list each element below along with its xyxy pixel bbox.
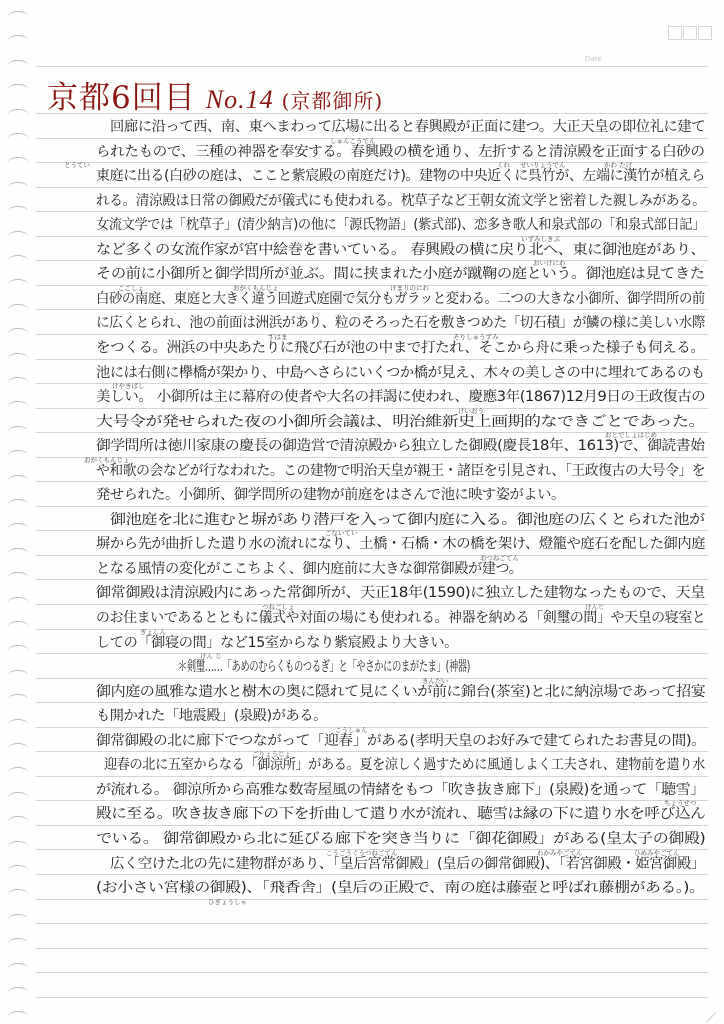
ruled-line xyxy=(36,506,708,507)
text-line: 御池庭を北に進むと塀があり潜戸を入って御内庭に入る。御池庭の広くとられた池が xyxy=(110,511,705,529)
text-line: 大号令が発せられた夜の小御所会議は、明治維新史上画期的なできごとであった。 xyxy=(96,413,705,431)
binder-hole xyxy=(8,841,28,852)
date-box xyxy=(683,26,697,40)
furigana: おがくもんじょ xyxy=(233,283,279,292)
text-line: 女流文学では「枕草子」(清少納言)の他に「源氏物語」(紫式部)、恋多き歌人和泉式… xyxy=(96,216,705,234)
binder-hole xyxy=(8,255,28,266)
binder-hole xyxy=(8,645,28,656)
binder-hole xyxy=(8,1011,28,1022)
page-corner-mark xyxy=(706,1012,717,1023)
ruled-line xyxy=(36,702,708,703)
text-line: でいる。 御常御殿から北に延びる廊下を突き当りに「御花御殿」がある(皇太子の御殿… xyxy=(96,830,705,848)
text-line: や和歌の会などが行なわれた。この建物で明治天皇が親王・諸臣を引見され、「王政復古… xyxy=(96,462,705,480)
text-line: (お小さい宮様の御殿)、「飛香舎」(皇后の正殿で、南の庭は藤壺と呼ばれ藤棚がある… xyxy=(96,879,704,897)
binder-hole xyxy=(8,938,28,949)
text-line: 池には右側に欅橋が架かり、中島へさらにいくつか橋が見え、木々の美しさの中に埋れて… xyxy=(96,364,705,382)
ruled-line xyxy=(36,629,708,630)
ruled-line xyxy=(36,604,708,605)
text-line: に広くとられ、池の前面は洲浜があり、粒のそろった石を敷きつめた「切石積」が鱗の様… xyxy=(96,314,705,332)
binder-hole xyxy=(8,670,28,681)
furigana: つねごしょ xyxy=(262,602,295,611)
binder-hole xyxy=(8,60,28,71)
furigana: ちょうせつ xyxy=(664,798,697,807)
binder-hole xyxy=(8,426,28,437)
furigana: そりしゅうずみ xyxy=(453,332,499,341)
ruled-line xyxy=(36,211,708,212)
furigana: ひめみやごてん xyxy=(634,848,680,857)
furigana: とうてい xyxy=(64,160,90,169)
binder-hole xyxy=(8,109,28,120)
text-line: 塀から先が曲折した遣り水の流れになり、土橋・石橋・木の橋を架け、燈籠や庭石を配し… xyxy=(96,535,705,553)
title-main: 京都6回目 xyxy=(47,80,196,116)
binder-hole xyxy=(8,206,28,217)
text-line: をつくる。洲浜の中央あたりに飛び石が池の中まで打たれ、そこから舟に乗った様子も伺… xyxy=(96,339,705,357)
text-line: も開かれた「地震殿」(泉殿)がある。 xyxy=(96,707,327,725)
furigana: いずみしきぶ xyxy=(521,234,560,243)
furigana: こうしゅん xyxy=(335,725,368,734)
ruled-line xyxy=(36,751,708,752)
ruled-line xyxy=(36,334,708,335)
binder-hole xyxy=(8,84,28,95)
text-line: 迎春の北に五室からなる「御涼所」がある。夏を涼しく過すために風通しよく工夫され、… xyxy=(104,756,705,774)
ruled-line xyxy=(36,260,708,261)
text-line: れる。清涼殿は日常の御殿だが儀式にも使われる。枕草子など王朝女流文学と密着した親… xyxy=(96,192,705,210)
furigana: おつねごてん xyxy=(480,553,519,562)
binder-hole xyxy=(8,133,28,144)
furigana: こうごうぐうつねごてん xyxy=(326,848,398,857)
date-label: Date xyxy=(585,55,602,63)
text-line: のお住まいであるとともに儀式や対面の場にも使われる。神器を納める「剣璽の間」や天… xyxy=(96,609,705,627)
text-line: 白砂の南庭、東庭と大きく違う回遊式庭園で気分もガラッと変わる。二つの大きな小御所… xyxy=(96,290,705,308)
note-line: ＊剣璽……「あめのむらくものつるぎ」と「やさかにのまがたま」(神器) xyxy=(178,658,470,676)
ruled-line xyxy=(36,825,708,826)
furigana: せいりょうでん xyxy=(520,160,566,169)
ruled-line xyxy=(36,555,708,556)
title-subtitle: (京都御所) xyxy=(282,89,384,113)
binder-hole xyxy=(8,328,28,339)
ruled-line xyxy=(36,678,708,679)
text-line: 東庭に出る(白砂の庭は、ここと紫宸殿の南庭だけ)。建物の中央近くに呉竹が、左端に… xyxy=(96,167,705,185)
binder-hole xyxy=(8,719,28,730)
ruled-line xyxy=(36,997,708,998)
furigana: おいけにわ xyxy=(533,258,566,267)
binder-hole xyxy=(8,523,28,534)
page-title: 京都6回目No.14(京都御所) xyxy=(47,80,383,119)
text-line: その前に小御所と御学問所が並ぶ。間に挟まれた小庭が蹴鞠の庭という。御池庭は見てき… xyxy=(96,265,705,283)
furigana: しゅんこうでん xyxy=(330,136,376,145)
text-line: など多くの女流作家が宮中絵巻を書いている。 春興殿の横に戻り北へ、東に御池庭があ… xyxy=(96,241,705,259)
date-box xyxy=(698,26,712,40)
binder-hole xyxy=(8,889,28,900)
furigana: けいおう xyxy=(458,406,484,415)
binder-hole xyxy=(8,35,28,46)
furigana: けんじ xyxy=(585,602,605,611)
binder-hole xyxy=(8,865,28,876)
binder-hole xyxy=(8,182,28,193)
ruled-line xyxy=(36,408,708,409)
furigana: けまりのにわ xyxy=(390,283,429,292)
text-line: 御常御殿の北に廊下でつながって「迎春」がある(孝明天皇のお好みで建てられたお書見… xyxy=(96,732,705,750)
binder-hole xyxy=(8,767,28,778)
notebook-page: Date 京都6回目No.14(京都御所) 回廊に沿って西、南、東へまわって広場… xyxy=(0,0,724,1024)
furigana: おとでしょはじめ xyxy=(605,430,657,439)
text-line: しての「御寝の間」など15室からなり紫宸殿より大きい。 xyxy=(96,634,458,652)
ruled-line xyxy=(36,653,708,654)
furigana: くれ xyxy=(497,160,510,169)
furigana: こごしょ xyxy=(118,283,144,292)
furigana: ひぎょうしゃ xyxy=(208,897,247,906)
binder-hole xyxy=(8,987,28,998)
binder-hole xyxy=(8,279,28,290)
binder-hole xyxy=(8,450,28,461)
binder-hole xyxy=(8,572,28,583)
ruled-line xyxy=(36,457,708,458)
binder-hole xyxy=(8,792,28,803)
furigana: わかみやごてん xyxy=(537,848,583,857)
binder-hole xyxy=(8,914,28,925)
text-line: 美しい。 小御所は主に幕府の使者や大名の拝謁に使われ、慶應3年(1867)12月… xyxy=(96,388,705,406)
binder-hole xyxy=(8,597,28,608)
ruled-line xyxy=(36,187,708,188)
text-line: 御学問所は徳川家康の慶長の御造営で清涼殿から独立した御殿(慶長18年、1613)… xyxy=(96,437,705,455)
binder-hole xyxy=(8,743,28,754)
ruled-line xyxy=(36,948,708,949)
ruled-line xyxy=(36,530,708,531)
binder-hole xyxy=(8,377,28,388)
ruled-line xyxy=(36,66,708,67)
text-line: 御常御殿は清涼殿内にあった常御所が、天正18年(1590)に独立した建物なったも… xyxy=(96,584,705,602)
binder-hole xyxy=(8,499,28,510)
ruled-line xyxy=(36,481,708,482)
binder-hole xyxy=(8,11,28,22)
furigana: すはま xyxy=(268,332,288,341)
ruled-line xyxy=(36,874,708,875)
ruled-line xyxy=(36,309,708,310)
ruled-line xyxy=(36,776,708,777)
ruled-line xyxy=(36,899,708,900)
furigana: けん じ xyxy=(200,651,222,660)
ruled-line xyxy=(36,727,708,728)
ruled-line xyxy=(36,972,708,973)
title-number: No.14 xyxy=(206,85,274,114)
date-box xyxy=(668,26,682,40)
binder-hole xyxy=(8,401,28,412)
text-line: となる風情の変化がここちよく、御内庭前に大きな御常御殿が建つ。 xyxy=(96,560,523,578)
binder-hole xyxy=(8,621,28,632)
furigana: おがくもんじょ xyxy=(84,455,130,464)
ruled-line xyxy=(36,236,708,237)
binder-hole xyxy=(8,304,28,315)
furigana: かわ たけ xyxy=(604,160,632,169)
binder-hole xyxy=(8,231,28,242)
ruled-line xyxy=(36,800,708,801)
ruled-line xyxy=(36,359,708,360)
ruled-line xyxy=(36,923,708,924)
binder-hole xyxy=(8,353,28,364)
furigana: きんだい xyxy=(422,676,448,685)
text-line: 御内庭の風雅な遣水と樹木の奥に隠れて見にくいが前に錦台(茶室)と北に納涼場であっ… xyxy=(96,683,705,701)
text-line: 殿に至る。吹き抜き廊下の下を折曲して遣り水が流れ、聴雪は縁の下に遣り水を呼び込ん xyxy=(96,805,705,823)
binder-hole xyxy=(8,816,28,827)
binder-hole xyxy=(8,963,28,974)
binder-hole xyxy=(8,694,28,705)
text-line: られたもので、三種の神器を奉安する。春興殿の横を通り、左折すると清涼殿を正面する… xyxy=(96,143,705,161)
text-line: 発せられた。小御所、御学問所の建物が前庭をはさんで池に映す姿がよい。 xyxy=(96,486,565,504)
text-line: が流れる。 御涼所から高雅な数寄屋風の情緒をもつ「吹き抜き廊下」(泉殿)を通って… xyxy=(96,781,705,799)
furigana: ごないてい xyxy=(325,528,358,537)
text-line: 広く空けた北の先に建物群があり、「皇后宮常御殿」(皇后の御常御殿)、「若宮御殿・… xyxy=(110,855,705,873)
text-line: 回廊に沿って西、南、東へまわって広場に出ると春興殿が正面に建つ。大正天皇の即位礼… xyxy=(110,118,705,136)
ruled-line xyxy=(36,579,708,580)
binder-hole xyxy=(8,475,28,486)
furigana: ぎょしん xyxy=(140,627,166,636)
binder-hole xyxy=(8,548,28,559)
furigana: ごりょうじょ xyxy=(252,749,291,758)
furigana: けやきばし xyxy=(112,381,145,390)
binder-hole xyxy=(8,157,28,168)
